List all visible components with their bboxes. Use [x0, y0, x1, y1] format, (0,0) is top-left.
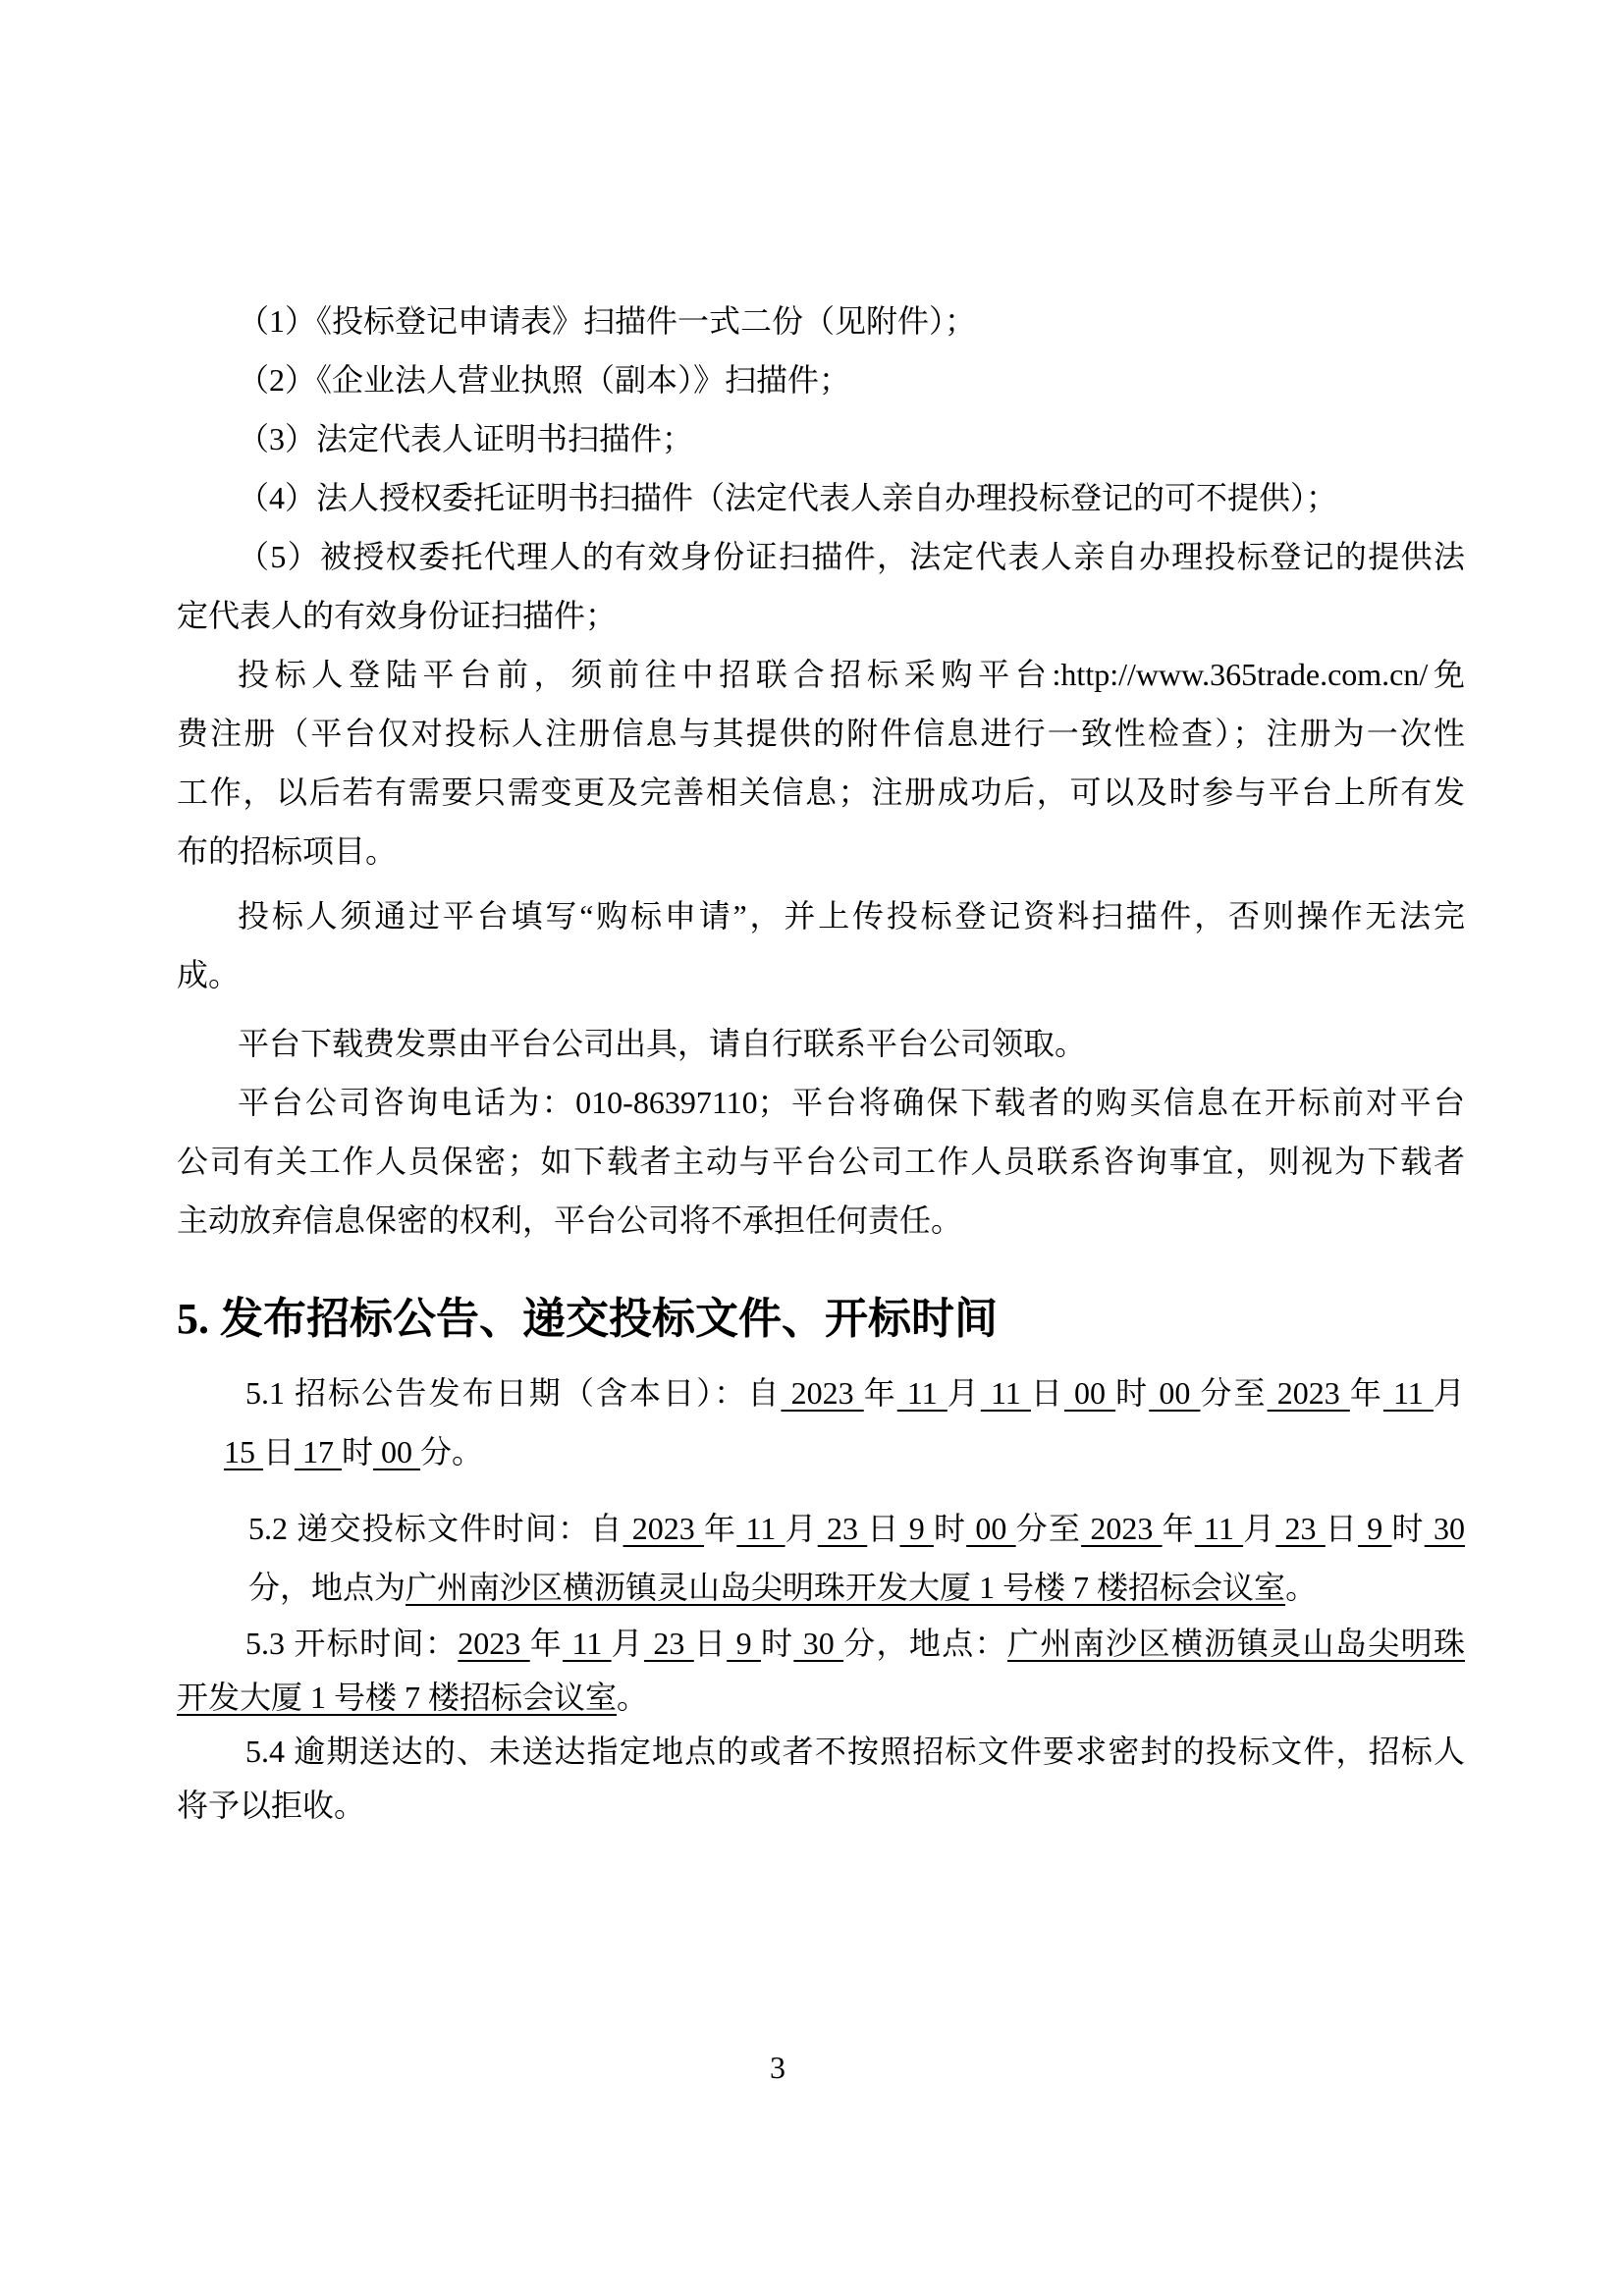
text-line: 5.3 开标时间：2023 年 11 月 23 日 9 时 30 分，地点：广州… [177, 1617, 1465, 1671]
underlined-text: 11 [897, 1375, 947, 1411]
text-run: 1 [269, 303, 285, 339]
text-run: （ [238, 303, 269, 339]
text-run: 逾期送达的、未送达指定地点的或者不按照招标文件要求密封的投标文件，招标人 [294, 1734, 1465, 1769]
text-run: 开标时间： [294, 1626, 458, 1661]
text-run: 分，地点： [843, 1626, 1007, 1661]
underlined-text: 11 [563, 1626, 612, 1661]
text-run: 月 [1434, 1375, 1465, 1411]
text-line: 布的招标项目。 [177, 822, 1465, 881]
underlined-text: 11 [981, 1375, 1031, 1411]
clause-5-2: 5.2 递交投标文件时间：自 2023 年 11 月 23 日 9 时 00 分… [248, 1499, 1465, 1617]
underlined-text: 开发大厦 [177, 1680, 302, 1715]
underlined-text: 17 [295, 1434, 342, 1469]
para-platform-contact: 平台公司咨询电话为：010-86397110；平台将确保下载者的购买信息在开标前… [177, 1073, 1465, 1250]
underlined-text: 00 [1064, 1375, 1115, 1411]
text-run: （ [238, 362, 269, 398]
underlined-text: 9 [1358, 1511, 1391, 1546]
text-run: 年 [1163, 1511, 1195, 1546]
underlined-text: 广州南沙区横沥镇灵山岛尖明珠 [1007, 1626, 1465, 1661]
underlined-text: 广州南沙区横沥镇灵山岛尖明珠开发大厦 [406, 1570, 971, 1605]
text-line: 分，地点为广州南沙区横沥镇灵山岛尖明珠开发大厦 1 号楼 7 楼招标会议室。 [248, 1558, 1465, 1617]
text-line: （3）法定代表人证明书扫描件； [177, 409, 1465, 468]
text-run: 日 [867, 1511, 899, 1546]
text-run: 010-86397110 [575, 1085, 757, 1120]
text-run: 将予以拒收。 [177, 1788, 365, 1823]
underlined-text: 00 [373, 1434, 420, 1469]
section-5-heading: 5. 发布招标公告、递交投标文件、开标时间 [177, 1285, 1465, 1354]
page-number: 3 [770, 2050, 785, 2086]
para-purchase-application: 投标人须通过平台填写“购标申请”，并上传投标登记资料扫描件，否则操作无法完成。 [177, 886, 1465, 1004]
underlined-text: 1 [302, 1680, 334, 1715]
text-run: 公司有关工作人员保密；如下载者主动与平台公司工作人员联系咨询事宜，则视为下载者 [177, 1144, 1465, 1179]
text-line: 费注册（平台仅对投标人注册信息与其提供的附件信息进行一致性检查）；注册为一次性 [177, 704, 1465, 763]
text-line: 5.4 逾期送达的、未送达指定地点的或者不按照招标文件要求密封的投标文件，招标人 [177, 1725, 1465, 1779]
text-run: 平台下载费发票由平台公司出具，请自行联系平台公司领取。 [238, 1026, 1086, 1061]
text-run: 日 [1031, 1375, 1064, 1411]
para-invoice: 平台下载费发票由平台公司出具，请自行联系平台公司领取。 [177, 1014, 1465, 1073]
text-run: 工作，以后若有需要只需变更及完善相关信息；注册成功后，可以及时参与平台上所有发 [177, 774, 1465, 810]
text-run: 时 [1115, 1375, 1149, 1411]
text-line: （5）被授权委托代理人的有效身份证扫描件，法定代表人亲自办理投标登记的提供法 [177, 527, 1465, 586]
underlined-text: 00 [966, 1511, 1015, 1546]
text-run: 时 [934, 1511, 966, 1546]
item-1: （1）《投标登记申请表》扫描件一式二份（见附件）； [177, 292, 1465, 350]
text-run: 。 [1285, 1570, 1317, 1605]
text-run: 免 [1428, 657, 1465, 692]
text-run: ）被授权委托代理人的有效身份证扫描件，法定代表人亲自办理投标登记的提供法 [286, 539, 1465, 574]
underlined-text: 7 [397, 1680, 428, 1715]
text-run: 递交投标文件时间：自 [297, 1511, 623, 1546]
text-run: 3 [269, 421, 285, 456]
item-2: （2）《企业法人营业执照（副本）》扫描件； [177, 350, 1465, 409]
text-run: 5.3 [245, 1626, 294, 1661]
text-line: 定代表人的有效身份证扫描件； [177, 586, 1465, 645]
item-4: （4）法人授权委托证明书扫描件（法定代表人亲自办理投标登记的可不提供）； [177, 468, 1465, 527]
underlined-text: 7 [1065, 1570, 1097, 1605]
underlined-text: 楼招标会议室 [1097, 1570, 1285, 1605]
underlined-text: 2023 [1081, 1511, 1162, 1546]
underlined-text: 23 [818, 1511, 867, 1546]
underlined-text: 11 [1195, 1511, 1243, 1546]
text-run: 成。 [177, 957, 240, 992]
underlined-text: 23 [644, 1626, 694, 1661]
text-run: ；平台将确保下载者的购买信息在开标前对平台 [758, 1085, 1465, 1120]
text-run: 时 [761, 1626, 793, 1661]
text-line: 成。 [177, 945, 1465, 1004]
text-line: 投标人登陆平台前，须前往中招联合招标采购平台:http://www.365tra… [177, 645, 1465, 704]
text-run: :http://www.365trade.com.cn/ [1053, 657, 1429, 692]
underlined-text: 2023 [782, 1375, 864, 1411]
clause-5-3: 5.3 开标时间：2023 年 11 月 23 日 9 时 30 分，地点：广州… [177, 1617, 1465, 1725]
text-line: 公司有关工作人员保密；如下载者主动与平台公司工作人员联系咨询事宜，则视为下载者 [177, 1132, 1465, 1191]
text-run: 定代表人的有效身份证扫描件； [177, 598, 617, 633]
underlined-text: 30 [793, 1626, 843, 1661]
text-run: ）法定代表人证明书扫描件； [285, 421, 693, 456]
text-run: 分，地点为 [248, 1570, 406, 1605]
underlined-text: 23 [1275, 1511, 1325, 1546]
text-run: 。 [617, 1680, 648, 1715]
text-run: 投标人须通过平台填写“购标申请”，并上传投标登记资料扫描件，否则操作无法完 [238, 898, 1465, 934]
underlined-text: 2023 [623, 1511, 704, 1546]
text-run: 年 [704, 1511, 736, 1546]
text-run: 年 [1350, 1375, 1383, 1411]
underlined-text: 15 [224, 1434, 263, 1469]
underlined-text: 9 [727, 1626, 761, 1661]
text-run: 主动放弃信息保密的权利，平台公司将不承担任何责任。 [177, 1202, 962, 1238]
clause-5-1: 5.1 招标公告发布日期（含本日）：自 2023 年 11 月 11 日 00 … [224, 1363, 1465, 1481]
text-run: 月 [947, 1375, 981, 1411]
text-run: 5.4 [245, 1734, 294, 1769]
text-run: （ [238, 480, 269, 515]
item-5: （5）被授权委托代理人的有效身份证扫描件，法定代表人亲自办理投标登记的提供法定代… [177, 527, 1465, 645]
text-line: 开发大厦 1 号楼 7 楼招标会议室。 [177, 1671, 1465, 1725]
text-run: 平台公司咨询电话为： [238, 1085, 575, 1120]
underlined-text: 楼招标会议室 [428, 1680, 617, 1715]
text-run: 发布招标公告、递交投标文件、开标时间 [220, 1295, 998, 1343]
para-platform-registration: 投标人登陆平台前，须前往中招联合招标采购平台:http://www.365tra… [177, 645, 1465, 881]
text-run: 月 [1243, 1511, 1275, 1546]
document-page: （1）《投标登记申请表》扫描件一式二份（见附件）；（2）《企业法人营业执照（副本… [0, 0, 1624, 2296]
text-run: 5. [177, 1295, 220, 1343]
text-run: ）《企业法人营业执照（副本）》扫描件； [285, 362, 850, 398]
text-run: 分至 [1200, 1375, 1267, 1411]
text-line: 5. 发布招标公告、递交投标文件、开标时间 [177, 1285, 1465, 1354]
text-line: 主动放弃信息保密的权利，平台公司将不承担任何责任。 [177, 1191, 1465, 1250]
text-run: 年 [864, 1375, 897, 1411]
text-line: 5.2 递交投标文件时间：自 2023 年 11 月 23 日 9 时 00 分… [248, 1499, 1465, 1558]
text-run: 招标公告发布日期（含本日）：自 [295, 1375, 781, 1411]
text-run: 5 [270, 539, 286, 574]
underlined-text: 30 [1425, 1511, 1465, 1546]
text-run: 月 [785, 1511, 818, 1546]
text-run: 月 [612, 1626, 644, 1661]
text-run: 日 [263, 1434, 295, 1469]
text-line: （1）《投标登记申请表》扫描件一式二份（见附件）； [177, 292, 1465, 350]
text-line: 平台下载费发票由平台公司出具，请自行联系平台公司领取。 [177, 1014, 1465, 1073]
underlined-text: 9 [899, 1511, 933, 1546]
text-line: 15 日 17 时 00 分。 [224, 1422, 1465, 1481]
text-run: 分至 [1016, 1511, 1081, 1546]
text-run: ）法人授权委托证明书扫描件（法定代表人亲自办理投标登记的可不提供）； [285, 480, 1337, 515]
text-run: 年 [530, 1626, 563, 1661]
underlined-text: 11 [1383, 1375, 1434, 1411]
underlined-text: 1 [971, 1570, 1002, 1605]
text-run: 费注册（平台仅对投标人注册信息与其提供的附件信息进行一致性检查）；注册为一次性 [177, 716, 1465, 751]
text-run: 日 [1326, 1511, 1358, 1546]
text-line: 工作，以后若有需要只需变更及完善相关信息；注册成功后，可以及时参与平台上所有发 [177, 763, 1465, 822]
underlined-text: 2023 [458, 1626, 529, 1661]
text-run: ）《投标登记申请表》扫描件一式二份（见附件）； [285, 303, 976, 339]
text-run: 分。 [420, 1434, 483, 1469]
underlined-text: 号楼 [1002, 1570, 1065, 1605]
text-run: 布的招标项目。 [177, 833, 397, 869]
text-line: （2）《企业法人营业执照（副本）》扫描件； [177, 350, 1465, 409]
underlined-text: 2023 [1268, 1375, 1350, 1411]
text-run: （ [238, 539, 270, 574]
document-content: （1）《投标登记申请表》扫描件一式二份（见附件）；（2）《企业法人营业执照（副本… [177, 292, 1465, 1833]
underlined-text: 00 [1149, 1375, 1200, 1411]
text-run: 时 [342, 1434, 373, 1469]
clause-5-4: 5.4 逾期送达的、未送达指定地点的或者不按照招标文件要求密封的投标文件，招标人… [177, 1725, 1465, 1833]
text-line: 5.1 招标公告发布日期（含本日）：自 2023 年 11 月 11 日 00 … [224, 1363, 1465, 1422]
text-run: 2 [269, 362, 285, 398]
text-line: 将予以拒收。 [177, 1779, 1465, 1833]
text-run: 4 [269, 480, 285, 515]
text-line: （4）法人授权委托证明书扫描件（法定代表人亲自办理投标登记的可不提供）； [177, 468, 1465, 527]
text-line: 平台公司咨询电话为：010-86397110；平台将确保下载者的购买信息在开标前… [177, 1073, 1465, 1132]
text-run: （ [238, 421, 269, 456]
text-run: 5.2 [248, 1511, 297, 1546]
text-run: 5.1 [245, 1375, 295, 1411]
text-run: 投标人登陆平台前，须前往中招联合招标采购平台 [238, 657, 1053, 692]
item-3: （3）法定代表人证明书扫描件； [177, 409, 1465, 468]
text-line: 投标人须通过平台填写“购标申请”，并上传投标登记资料扫描件，否则操作无法完 [177, 886, 1465, 945]
underlined-text: 11 [736, 1511, 785, 1546]
underlined-text: 号楼 [334, 1680, 397, 1715]
text-run: 时 [1392, 1511, 1425, 1546]
text-run: 日 [694, 1626, 727, 1661]
